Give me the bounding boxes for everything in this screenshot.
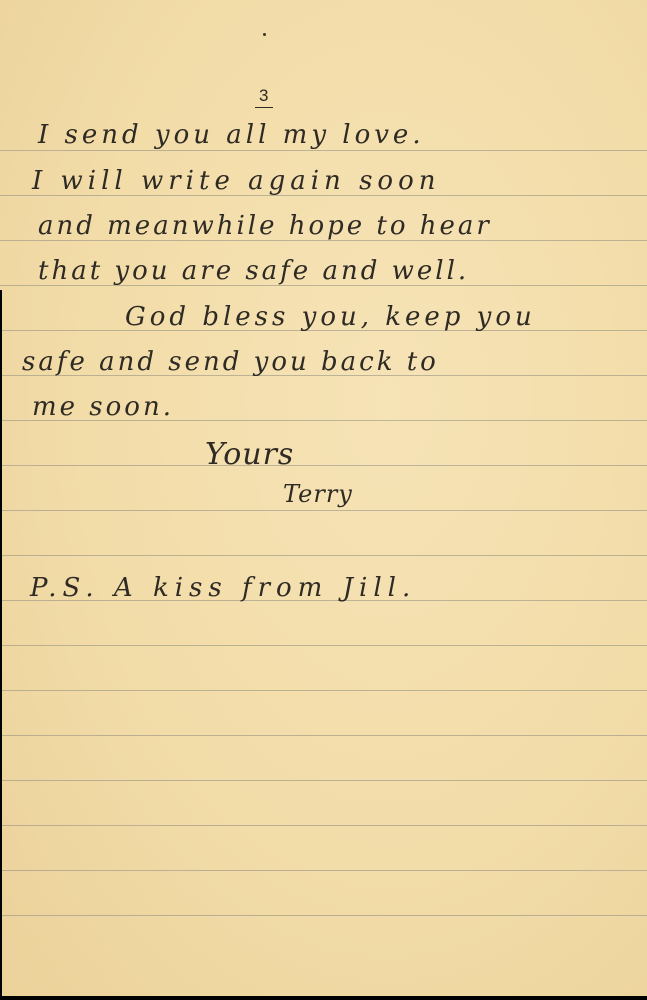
postscript: P.S. A kiss from Jill. — [30, 573, 416, 603]
ruled-line — [0, 150, 647, 151]
letter-line-3: and meanwhile hope to hear — [38, 211, 492, 241]
ruled-line — [0, 555, 647, 556]
ruled-line — [0, 465, 647, 466]
ruled-line — [0, 690, 647, 691]
ruled-line — [0, 915, 647, 916]
letter-line-4: that you are safe and well. — [38, 256, 469, 286]
closing: Yours — [205, 437, 294, 472]
signature: Terry — [283, 480, 353, 508]
letter-line-2: I will write again soon — [32, 166, 440, 196]
letter-line-7: me soon. — [32, 392, 174, 422]
ruled-line — [0, 870, 647, 871]
letter-line-6: safe and send you back to — [22, 347, 439, 377]
letter-line-1: I send you all my love. — [38, 120, 425, 150]
ruled-line — [0, 825, 647, 826]
page-number: 3 — [255, 86, 273, 108]
ruled-line — [0, 735, 647, 736]
ink-dot — [263, 33, 266, 36]
letter-line-5: God bless you, keep you — [125, 302, 536, 332]
scan-edge-bottom — [0, 996, 647, 1000]
letter-page: 3 I send you all my love. I will write a… — [0, 0, 647, 1000]
ruled-line — [0, 510, 647, 511]
ruled-line — [0, 780, 647, 781]
scan-edge-left — [0, 290, 2, 1000]
ruled-line — [0, 645, 647, 646]
